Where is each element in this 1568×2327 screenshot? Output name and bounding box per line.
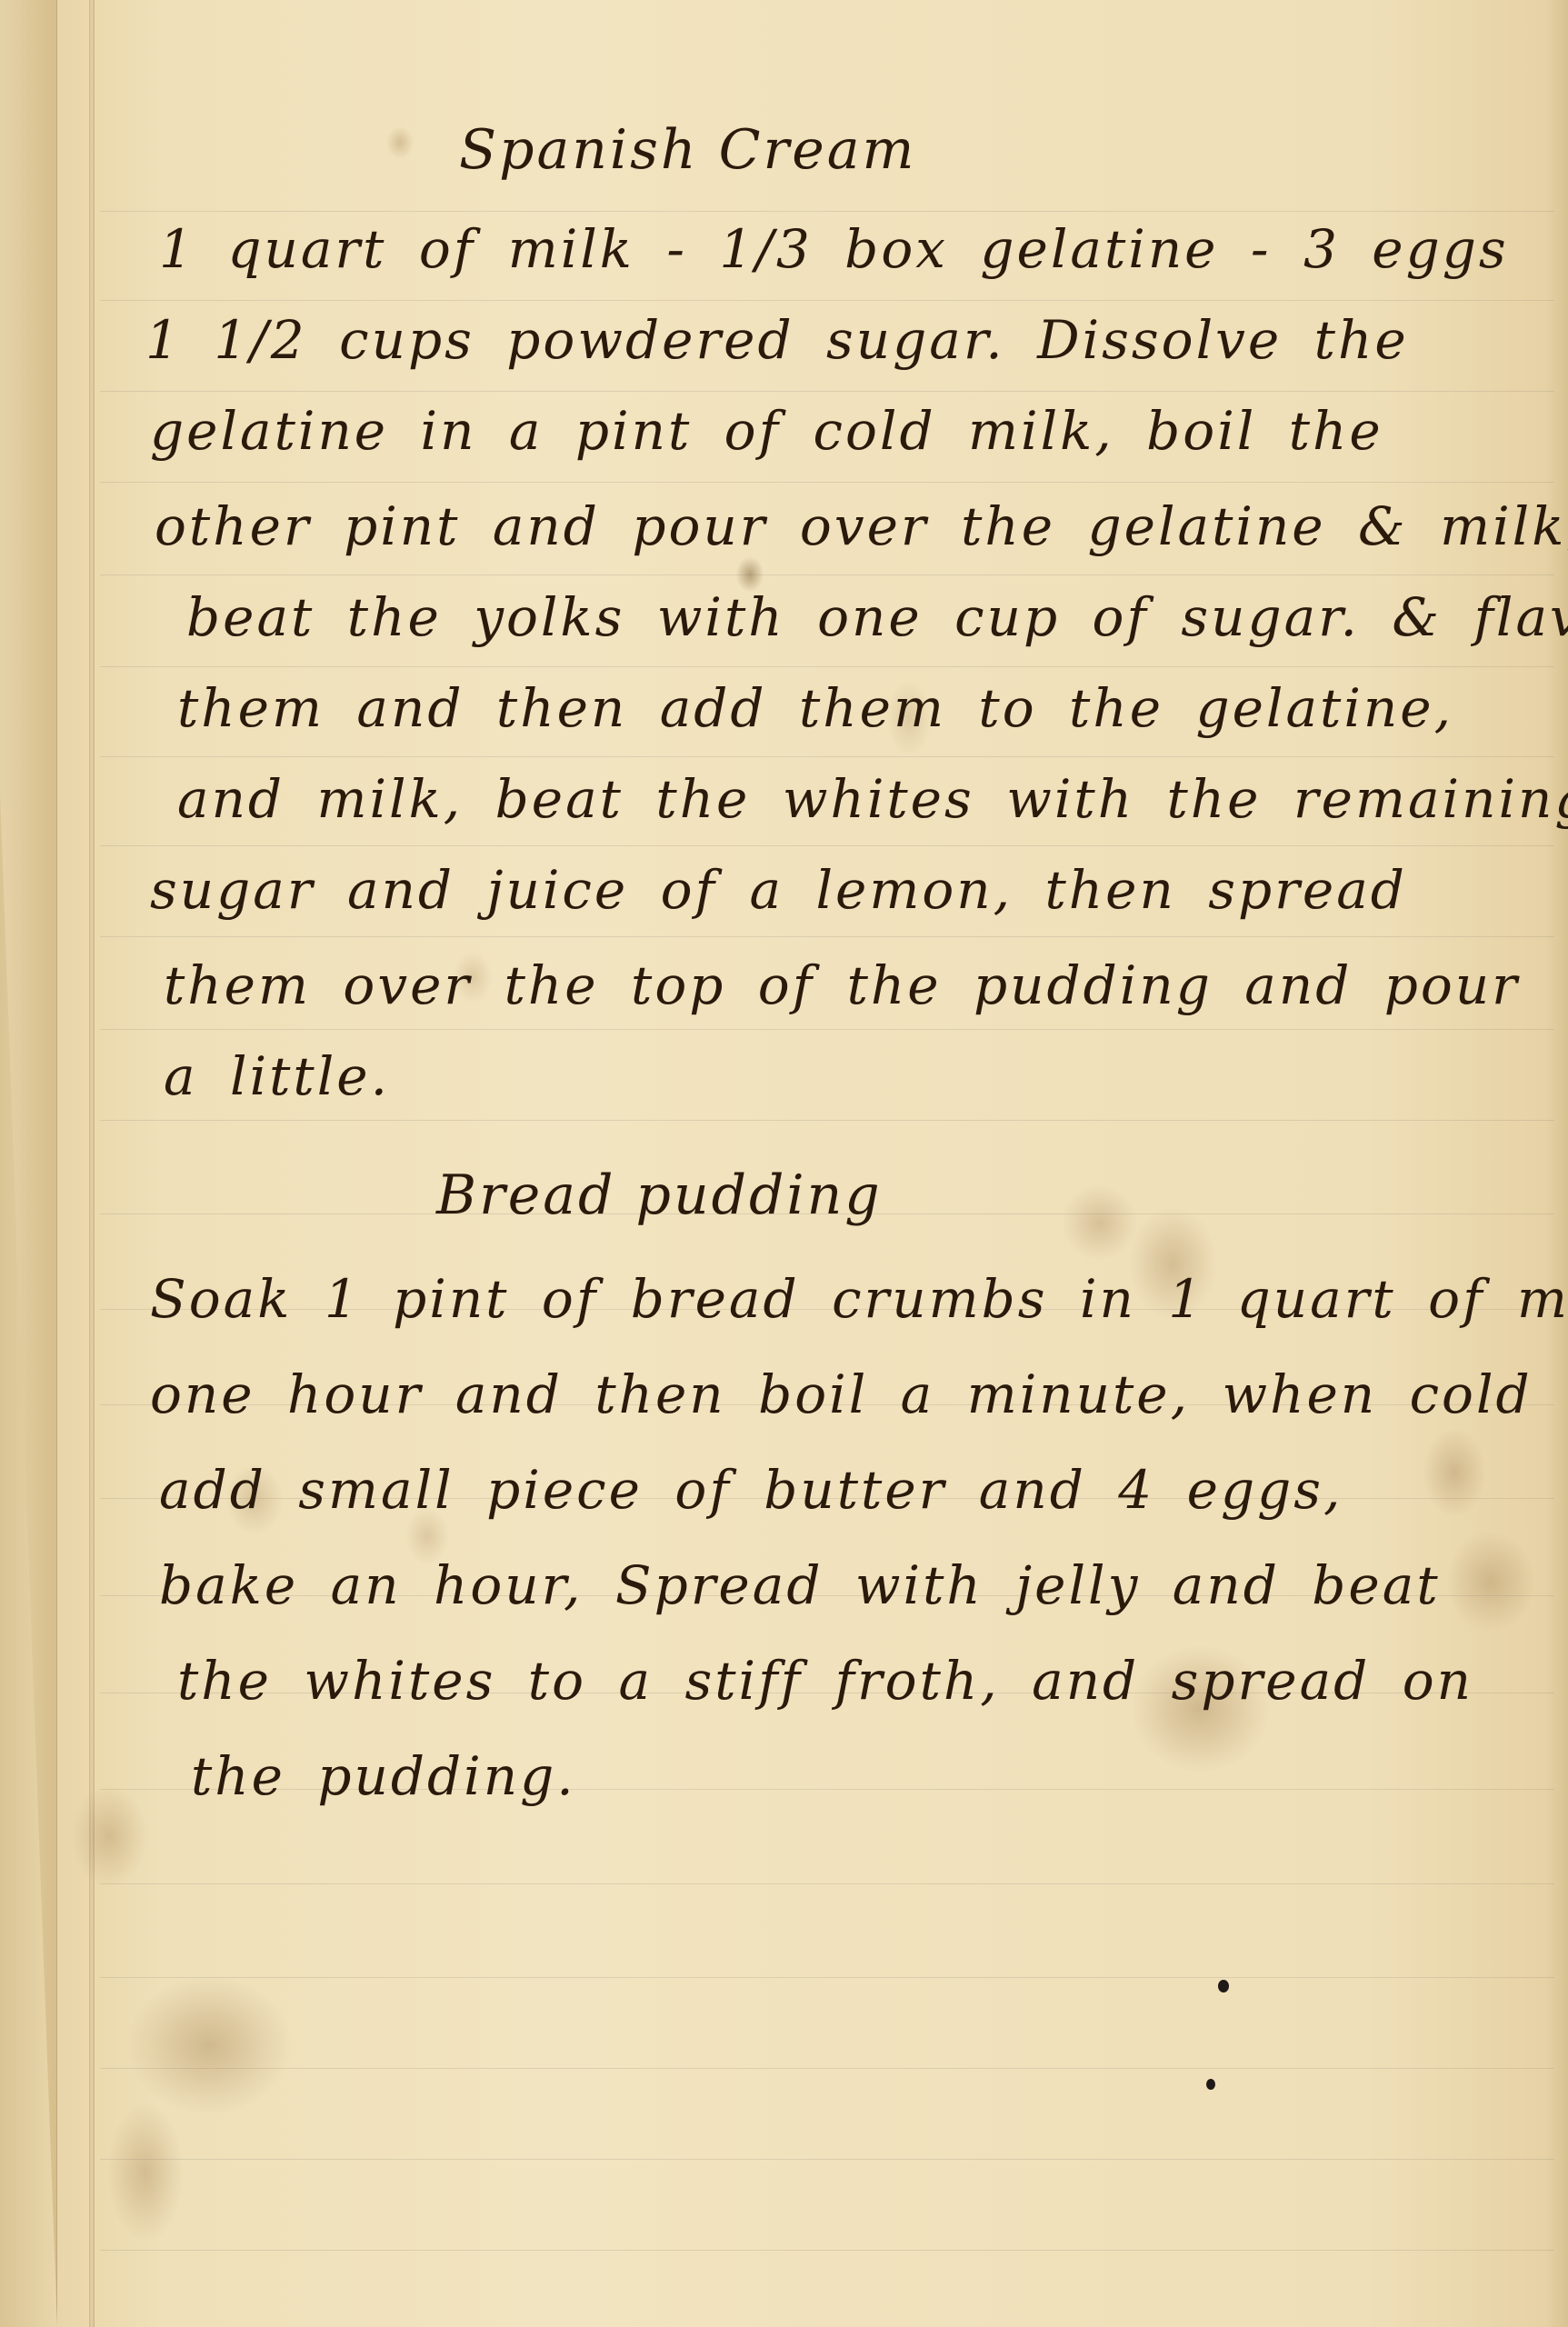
- recipe-line: other pint and pour over the gelatine & …: [155, 495, 1568, 557]
- recipe-line: them and then add them to the gelatine,: [177, 677, 1453, 739]
- recipe-line: Soak 1 pint of bread crumbs in 1 quart o…: [150, 1268, 1568, 1330]
- handwritten-text: Spanish Cream 1 quart of milk - 1/3 box …: [0, 0, 1568, 2327]
- recipe-line: sugar and juice of a lemon, then spread: [150, 859, 1407, 921]
- recipe-title-bread-pudding: Bread pudding: [436, 1163, 883, 1227]
- recipe-line: one hour and then boil a minute, when co…: [150, 1363, 1533, 1425]
- recipe-line: a little.: [164, 1045, 390, 1107]
- recipe-line: 1 quart of milk - 1/3 box gelatine - 3 e…: [159, 218, 1509, 280]
- recipe-line: bake an hour, Spread with jelly and beat: [159, 1554, 1441, 1616]
- recipe-title-spanish-cream: Spanish Cream: [459, 118, 916, 182]
- recipe-line: add small piece of butter and 4 eggs,: [159, 1459, 1343, 1521]
- recipe-line: and milk, beat the whites with the remai…: [177, 768, 1568, 830]
- manuscript-scan: Spanish Cream 1 quart of milk - 1/3 box …: [0, 0, 1568, 2327]
- recipe-line: them over the top of the pudding and pou…: [164, 954, 1520, 1016]
- recipe-line: the pudding.: [191, 1745, 576, 1807]
- recipe-line: gelatine in a pint of cold milk, boil th…: [150, 400, 1383, 462]
- recipe-line: the whites to a stiff froth, and spread …: [177, 1650, 1473, 1712]
- recipe-line: 1 1/2 cups powdered sugar. Dissolve the: [145, 309, 1409, 371]
- recipe-line: beat the yolks with one cup of sugar. & …: [186, 586, 1568, 648]
